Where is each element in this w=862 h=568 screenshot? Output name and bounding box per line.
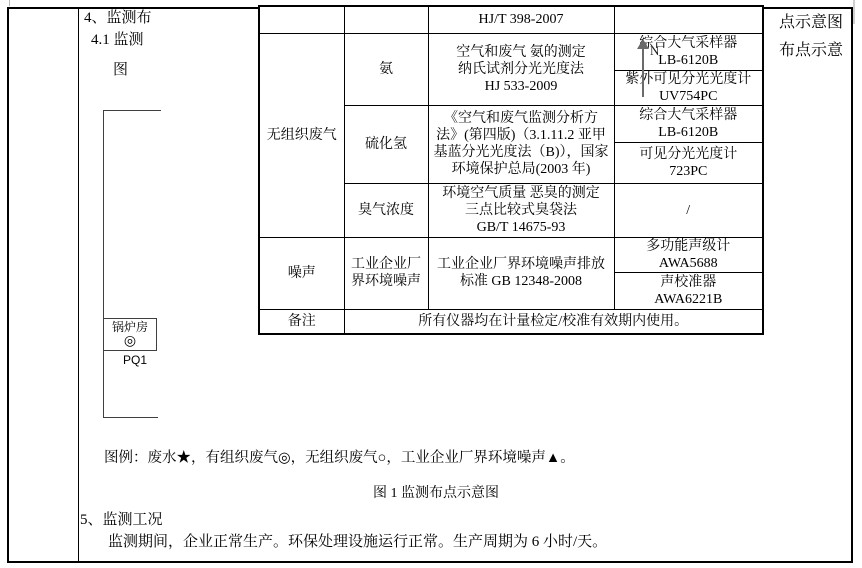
- cell-empty: [344, 6, 428, 33]
- north-arrow-head-icon: [637, 39, 649, 49]
- north-label: N: [650, 43, 659, 59]
- monitoring-point-icon: ◎: [124, 335, 136, 349]
- section5-title: 5、监测工况: [80, 508, 163, 529]
- legend-text: 图例：废水★，有组织废气◎，无组织废气○，工业企业厂界环境噪声▲。: [104, 446, 575, 467]
- cell-category-fugitive-gas: 无组织废气: [259, 33, 344, 237]
- cell-item-odor: 臭气浓度: [344, 183, 428, 237]
- boiler-room-label: 锅炉房: [112, 320, 148, 335]
- section4-1-heading-part1: 4.1 监测: [91, 31, 144, 49]
- monitoring-point-pq1-label: PQ1: [123, 353, 147, 367]
- cell-remark-label: 备注: [259, 309, 344, 334]
- site-outline-bottom: [103, 417, 158, 418]
- outer-table-column-divider: [78, 7, 79, 563]
- cell-method-continued: HJ/T 398-2007: [428, 6, 614, 33]
- figure-caption: 图 1 监测布点示意图: [373, 482, 499, 502]
- cell-item-h2s: 硫化氢: [344, 105, 428, 183]
- section5-body: 监测期间，企业正常生产。环保处理设施运行正常。生产周期为 6 小时/天。: [108, 530, 607, 551]
- cell-method-noise: 工业企业厂界环境噪声排放 标准 GB 12348-2008: [428, 237, 614, 309]
- cell-remark-text: 所有仪器均在计量检定/校准有效期内使用。: [344, 309, 763, 334]
- page-edge-mark-left: [9, 0, 10, 6]
- cell-item-noise: 工业企业厂 界环境噪声: [344, 237, 428, 309]
- heading-wrap-char: 图: [113, 61, 128, 79]
- document-page: 4、监测布 4.1 监测 图 点示意图 布点示意 锅炉房 ◎ PQ1 N HJ/…: [0, 0, 862, 568]
- cell-equip-ammonia-spectro: 紫外可见分光光度计 UV754PC: [614, 70, 763, 105]
- cell-method-h2s: 《空气和废气监测分析方 法》(第四版)（3.1.11.2 亚甲 基蓝分光光度法（…: [428, 105, 614, 183]
- cell-category-noise: 噪声: [259, 237, 344, 309]
- cell-equip-h2s-sampler: 综合大气采样器 LB-6120B: [614, 105, 763, 142]
- monitoring-methods-table: HJ/T 398-2007 无组织废气 氨 空气和废气 氨的测定 纳氏试剂分光光…: [258, 5, 764, 335]
- site-outline-left: [103, 110, 104, 418]
- page-edge-mark-right: [853, 0, 855, 24]
- section4-heading-part1: 4、监测布: [84, 9, 152, 27]
- boiler-room-box: 锅炉房 ◎: [103, 318, 157, 351]
- cell-empty: [614, 6, 763, 33]
- cell-equip-odor: /: [614, 183, 763, 237]
- heading-right-fragment: 点示意图 布点示意: [779, 9, 843, 65]
- site-outline-top: [103, 110, 161, 111]
- cell-equip-noise-calibrator: 声校准器 AWA6221B: [614, 272, 763, 309]
- cell-empty: [259, 6, 344, 33]
- cell-method-odor: 环境空气质量 恶臭的测定 三点比较式臭袋法 GB/T 14675-93: [428, 183, 614, 237]
- cell-equip-h2s-spectro: 可见分光光度计 723PC: [614, 142, 763, 183]
- north-arrow-icon: [642, 48, 644, 97]
- cell-equip-noise-meter: 多功能声级计 AWA5688: [614, 237, 763, 272]
- cell-item-ammonia: 氨: [344, 33, 428, 105]
- cell-method-ammonia: 空气和废气 氨的测定 纳氏试剂分光光度法 HJ 533-2009: [428, 33, 614, 105]
